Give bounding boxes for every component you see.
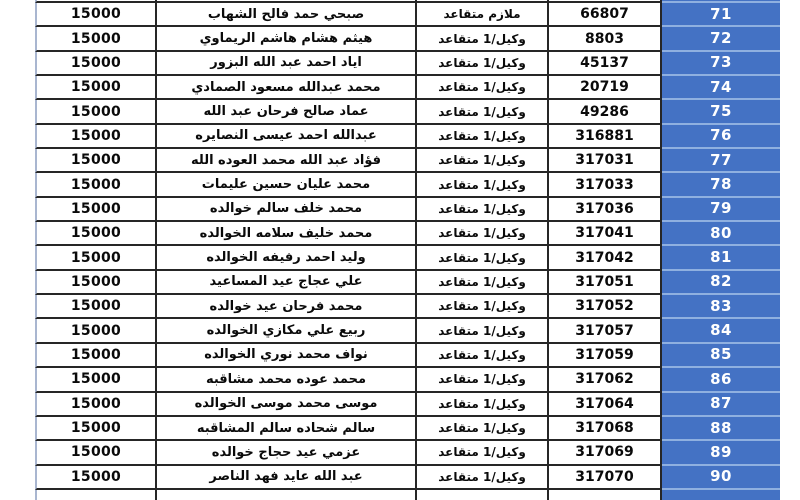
- name-cell: موسى محمد موسى الخوالده: [157, 393, 417, 417]
- row-number-cell: 83: [662, 295, 780, 319]
- row-number-cell: 85: [662, 344, 780, 368]
- pension-table: 15000 صبحي حمد فالح الشهاب ملازم متقاعد …: [0, 0, 800, 500]
- amount-cell: 15000: [35, 393, 157, 417]
- name-cell: عبد الله عايد فهد الناصر: [157, 466, 417, 490]
- amount-cell: 15000: [35, 271, 157, 295]
- table-row: 15000 وليد احمد رفيفه الخوالده وكيل/1 مت…: [0, 246, 800, 270]
- left-margin: [0, 490, 35, 500]
- amount-cell: 15000: [35, 125, 157, 149]
- left-margin: [0, 100, 35, 124]
- right-margin: [780, 100, 800, 124]
- right-margin: [780, 125, 800, 149]
- rank-cell: وكيل/1 متقاعد: [417, 100, 549, 124]
- id-cell: [549, 490, 662, 500]
- row-number-cell: 80: [662, 222, 780, 246]
- table-row-partial-bottom: [0, 490, 800, 500]
- amount-cell: 15000: [35, 173, 157, 197]
- row-number-cell: 78: [662, 173, 780, 197]
- name-cell: عبدالله احمد عيسى النصايره: [157, 125, 417, 149]
- name-cell: صبحي حمد فالح الشهاب: [157, 3, 417, 27]
- amount-cell: 15000: [35, 368, 157, 392]
- right-margin: [780, 246, 800, 270]
- amount-cell: 15000: [35, 100, 157, 124]
- rank-cell: وكيل/1 متقاعد: [417, 466, 549, 490]
- id-cell: 317051: [549, 271, 662, 295]
- table-body: 15000 صبحي حمد فالح الشهاب ملازم متقاعد …: [0, 3, 800, 490]
- amount-cell: 15000: [35, 52, 157, 76]
- left-margin: [0, 52, 35, 76]
- name-cell: فؤاد عبد الله محمد العوده الله: [157, 149, 417, 173]
- id-cell: 317041: [549, 222, 662, 246]
- name-cell: علي عجاج عيد المساعيد: [157, 271, 417, 295]
- row-number-cell: 76: [662, 125, 780, 149]
- rank-cell: وكيل/1 متقاعد: [417, 222, 549, 246]
- table-row: 15000 عبد الله عايد فهد الناصر وكيل/1 مت…: [0, 466, 800, 490]
- left-margin: [0, 198, 35, 222]
- name-cell: محمد عليان حسين عليمات: [157, 173, 417, 197]
- rank-cell: وكيل/1 متقاعد: [417, 198, 549, 222]
- name-cell: عماد صالح فرحان عبد الله: [157, 100, 417, 124]
- table-row: 15000 عبدالله احمد عيسى النصايره وكيل/1 …: [0, 125, 800, 149]
- table-row: 15000 محمد خليف سلامه الخوالده وكيل/1 مت…: [0, 222, 800, 246]
- amount-cell: 15000: [35, 149, 157, 173]
- name-cell: محمد عبدالله مسعود الصمادي: [157, 76, 417, 100]
- id-cell: 317059: [549, 344, 662, 368]
- rank-cell: وكيل/1 متقاعد: [417, 27, 549, 51]
- right-margin: [780, 490, 800, 500]
- left-margin: [0, 271, 35, 295]
- table-row: 15000 عماد صالح فرحان عبد الله وكيل/1 مت…: [0, 100, 800, 124]
- rank-cell: وكيل/1 متقاعد: [417, 125, 549, 149]
- amount-cell: 15000: [35, 295, 157, 319]
- right-margin: [780, 271, 800, 295]
- row-number-cell: 90: [662, 466, 780, 490]
- right-margin: [780, 344, 800, 368]
- table-row: 15000 عزمي عيد حجاج خوالده وكيل/1 متقاعد…: [0, 441, 800, 465]
- id-cell: 317069: [549, 441, 662, 465]
- amount-cell: 15000: [35, 27, 157, 51]
- right-margin: [780, 27, 800, 51]
- amount-cell: 15000: [35, 246, 157, 270]
- right-margin: [780, 149, 800, 173]
- table-row: 15000 محمد فرحان عيد خوالده وكيل/1 متقاع…: [0, 295, 800, 319]
- rank-cell: وكيل/1 متقاعد: [417, 368, 549, 392]
- left-margin: [0, 173, 35, 197]
- id-cell: 20719: [549, 76, 662, 100]
- table-row: 15000 ربيع علي مكازي الخوالده وكيل/1 متق…: [0, 319, 800, 343]
- row-number-cell: 72: [662, 27, 780, 51]
- row-number-cell: [662, 490, 780, 500]
- rank-cell: وكيل/1 متقاعد: [417, 149, 549, 173]
- left-margin: [0, 27, 35, 51]
- name-cell: عزمي عيد حجاج خوالده: [157, 441, 417, 465]
- row-number-cell: 71: [662, 3, 780, 27]
- amount-cell: 15000: [35, 466, 157, 490]
- rank-cell: وكيل/1 متقاعد: [417, 344, 549, 368]
- table-row: 15000 محمد خلف سالم خوالده وكيل/1 متقاعد…: [0, 198, 800, 222]
- left-margin: [0, 246, 35, 270]
- rank-cell: وكيل/1 متقاعد: [417, 52, 549, 76]
- name-cell: نواف محمد نوري الخوالده: [157, 344, 417, 368]
- left-margin: [0, 417, 35, 441]
- name-cell: محمد عوده محمد مشاقبه: [157, 368, 417, 392]
- id-cell: 317042: [549, 246, 662, 270]
- amount-cell: 15000: [35, 344, 157, 368]
- left-margin: [0, 125, 35, 149]
- left-margin: [0, 222, 35, 246]
- row-number-cell: 82: [662, 271, 780, 295]
- table-row: 15000 موسى محمد موسى الخوالده وكيل/1 متق…: [0, 393, 800, 417]
- row-number-cell: 89: [662, 441, 780, 465]
- table-row: 15000 سالم شحاده سالم المشاقبه وكيل/1 مت…: [0, 417, 800, 441]
- amount-cell: [35, 490, 157, 500]
- name-cell: سالم شحاده سالم المشاقبه: [157, 417, 417, 441]
- right-margin: [780, 368, 800, 392]
- name-cell: ربيع علي مكازي الخوالده: [157, 319, 417, 343]
- id-cell: 317033: [549, 173, 662, 197]
- row-number-cell: 79: [662, 198, 780, 222]
- rank-cell: وكيل/1 متقاعد: [417, 417, 549, 441]
- name-cell: وليد احمد رفيفه الخوالده: [157, 246, 417, 270]
- row-number-cell: 86: [662, 368, 780, 392]
- id-cell: 316881: [549, 125, 662, 149]
- table-row: 15000 صبحي حمد فالح الشهاب ملازم متقاعد …: [0, 3, 800, 27]
- row-number-cell: 87: [662, 393, 780, 417]
- right-margin: [780, 393, 800, 417]
- table-row: 15000 فؤاد عبد الله محمد العوده الله وكي…: [0, 149, 800, 173]
- id-cell: 317068: [549, 417, 662, 441]
- left-margin: [0, 3, 35, 27]
- right-margin: [780, 173, 800, 197]
- id-cell: 317057: [549, 319, 662, 343]
- name-cell: هيثم هشام هاشم الريماوي: [157, 27, 417, 51]
- row-number-cell: 84: [662, 319, 780, 343]
- name-cell: [157, 490, 417, 500]
- id-cell: 66807: [549, 3, 662, 27]
- amount-cell: 15000: [35, 198, 157, 222]
- amount-cell: 15000: [35, 3, 157, 27]
- amount-cell: 15000: [35, 441, 157, 465]
- name-cell: محمد فرحان عيد خوالده: [157, 295, 417, 319]
- rank-cell: وكيل/1 متقاعد: [417, 441, 549, 465]
- row-number-cell: 77: [662, 149, 780, 173]
- rank-cell: وكيل/1 متقاعد: [417, 295, 549, 319]
- id-cell: 317031: [549, 149, 662, 173]
- right-margin: [780, 3, 800, 27]
- amount-cell: 15000: [35, 76, 157, 100]
- left-margin: [0, 344, 35, 368]
- table-row: 15000 نواف محمد نوري الخوالده وكيل/1 متق…: [0, 344, 800, 368]
- name-cell: محمد خليف سلامه الخوالده: [157, 222, 417, 246]
- left-margin: [0, 295, 35, 319]
- rank-cell: وكيل/1 متقاعد: [417, 246, 549, 270]
- table-row: 15000 محمد عليان حسين عليمات وكيل/1 متقا…: [0, 173, 800, 197]
- right-margin: [780, 198, 800, 222]
- id-cell: 317052: [549, 295, 662, 319]
- row-number-cell: 88: [662, 417, 780, 441]
- rank-cell: [417, 490, 549, 500]
- rank-cell: وكيل/1 متقاعد: [417, 173, 549, 197]
- name-cell: اياد احمد عبد الله البزور: [157, 52, 417, 76]
- amount-cell: 15000: [35, 319, 157, 343]
- right-margin: [780, 295, 800, 319]
- rank-cell: وكيل/1 متقاعد: [417, 271, 549, 295]
- id-cell: 49286: [549, 100, 662, 124]
- table-row: 15000 محمد عوده محمد مشاقبه وكيل/1 متقاع…: [0, 368, 800, 392]
- table-row: 15000 علي عجاج عيد المساعيد وكيل/1 متقاع…: [0, 271, 800, 295]
- left-margin: [0, 441, 35, 465]
- id-cell: 317062: [549, 368, 662, 392]
- right-margin: [780, 441, 800, 465]
- rank-cell: وكيل/1 متقاعد: [417, 76, 549, 100]
- table-row: 15000 هيثم هشام هاشم الريماوي وكيل/1 متق…: [0, 27, 800, 51]
- table-row: 15000 محمد عبدالله مسعود الصمادي وكيل/1 …: [0, 76, 800, 100]
- left-margin: [0, 76, 35, 100]
- right-margin: [780, 222, 800, 246]
- left-margin: [0, 368, 35, 392]
- right-margin: [780, 52, 800, 76]
- left-margin: [0, 319, 35, 343]
- row-number-cell: 73: [662, 52, 780, 76]
- id-cell: 8803: [549, 27, 662, 51]
- left-margin: [0, 466, 35, 490]
- row-number-cell: 75: [662, 100, 780, 124]
- id-cell: 317036: [549, 198, 662, 222]
- amount-cell: 15000: [35, 417, 157, 441]
- right-margin: [780, 76, 800, 100]
- name-cell: محمد خلف سالم خوالده: [157, 198, 417, 222]
- right-margin: [780, 319, 800, 343]
- amount-cell: 15000: [35, 222, 157, 246]
- row-number-cell: 81: [662, 246, 780, 270]
- row-number-cell: 74: [662, 76, 780, 100]
- left-margin: [0, 149, 35, 173]
- right-margin: [780, 417, 800, 441]
- id-cell: 317070: [549, 466, 662, 490]
- left-margin: [0, 393, 35, 417]
- rank-cell: ملازم متقاعد: [417, 3, 549, 27]
- rank-cell: وكيل/1 متقاعد: [417, 319, 549, 343]
- right-margin: [780, 466, 800, 490]
- table-row: 15000 اياد احمد عبد الله البزور وكيل/1 م…: [0, 52, 800, 76]
- rank-cell: وكيل/1 متقاعد: [417, 393, 549, 417]
- id-cell: 45137: [549, 52, 662, 76]
- id-cell: 317064: [549, 393, 662, 417]
